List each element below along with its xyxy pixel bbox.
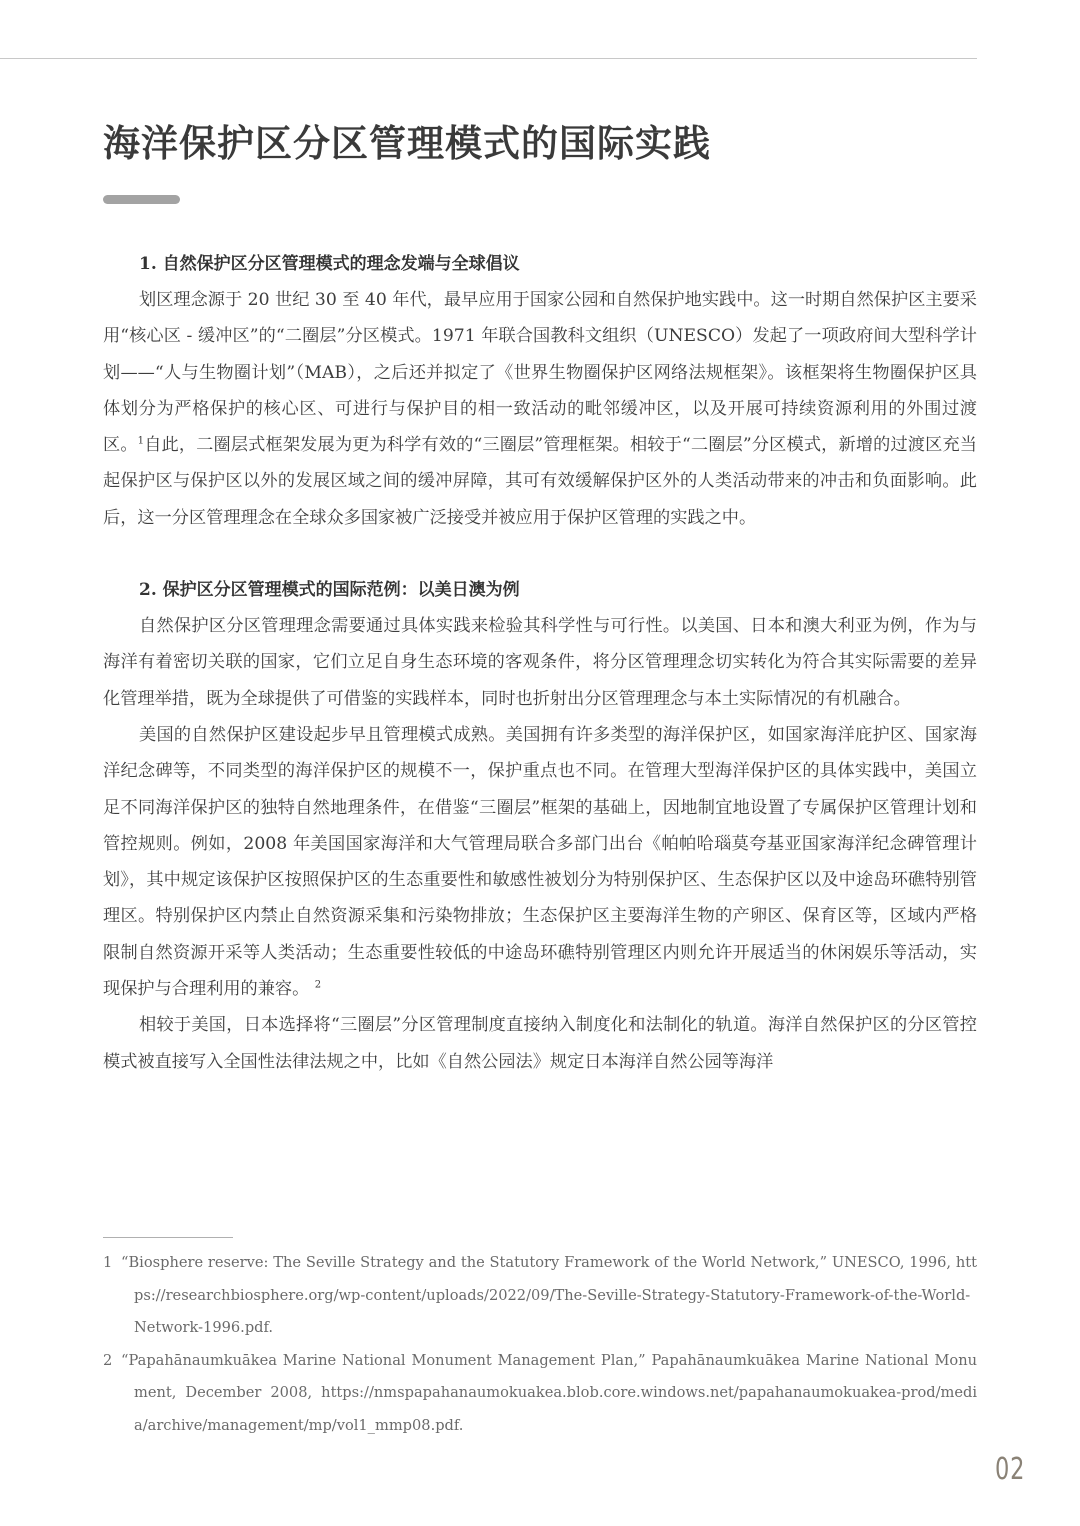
title-accent-bar	[103, 195, 180, 204]
paragraph: 自然保护区分区管理理念需要通过具体实践来检验其科学性与可行性。以美国、日本和澳大…	[103, 608, 977, 717]
page-number: 02	[995, 1452, 1025, 1487]
footnote-text: “Papahānaumkuākea Marine National Monume…	[121, 1352, 977, 1434]
paragraph-text: 美国的自然保护区建设起步早且管理模式成熟。美国拥有许多类型的海洋保护区，如国家海…	[103, 725, 977, 999]
page-title: 海洋保护区分区管理模式的国际实践	[103, 124, 711, 165]
footnote-number: 1	[103, 1247, 121, 1280]
footnote-text: “Biosphere reserve: The Seville Strategy…	[121, 1254, 977, 1336]
footnote-ref-2[interactable]: 2	[315, 979, 321, 990]
footnote-1: 1“Biosphere reserve: The Seville Strateg…	[103, 1247, 977, 1345]
paragraph: 美国的自然保护区建设起步早且管理模式成熟。美国拥有许多类型的海洋保护区，如国家海…	[103, 717, 977, 1007]
footnote-divider	[103, 1237, 233, 1238]
footnotes: 1“Biosphere reserve: The Seville Strateg…	[103, 1247, 977, 1443]
section-heading-2: 2. 保护区分区管理模式的国际范例：以美日澳为例	[103, 572, 977, 608]
footnote-number: 2	[103, 1345, 121, 1378]
section-heading-1: 1. 自然保护区分区管理模式的理念发端与全球倡议	[103, 246, 977, 282]
paragraph: 相较于美国，日本选择将“三圈层”分区管理制度直接纳入制度化和法制化的轨道。海洋自…	[103, 1007, 977, 1080]
paragraph-text: 划区理念源于 20 世纪 30 至 40 年代，最早应用于国家公园和自然保护地实…	[103, 290, 977, 455]
footnote-2: 2“Papahānaumkuākea Marine National Monum…	[103, 1345, 977, 1443]
article-body: 1. 自然保护区分区管理模式的理念发端与全球倡议 划区理念源于 20 世纪 30…	[103, 246, 977, 1080]
top-divider	[0, 58, 977, 59]
paragraph: 划区理念源于 20 世纪 30 至 40 年代，最早应用于国家公园和自然保护地实…	[103, 282, 977, 536]
paragraph-text: 自此，二圈层式框架发展为更为科学有效的“三圈层”管理框架。相较于“二圈层”分区模…	[103, 435, 977, 528]
